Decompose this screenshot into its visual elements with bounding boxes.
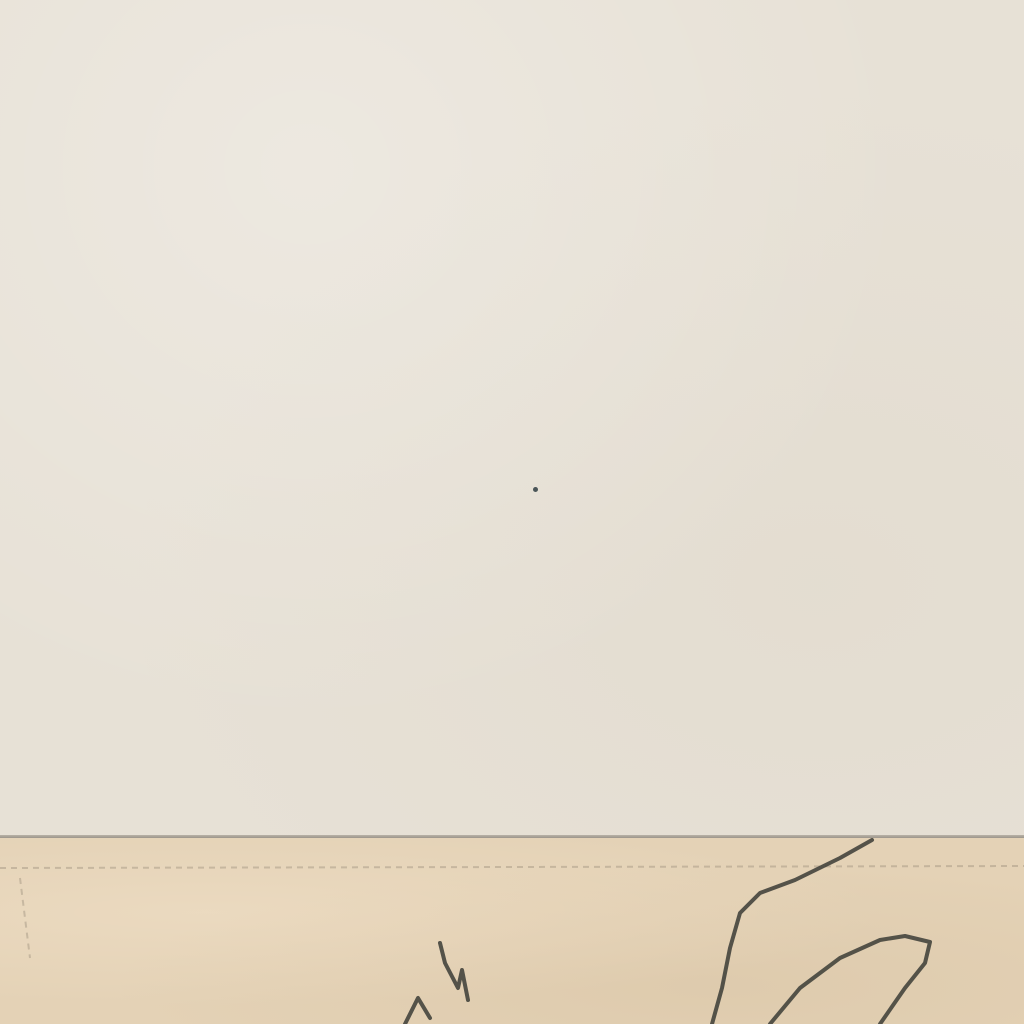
paper-speck	[533, 487, 538, 492]
paper-mount	[0, 0, 1024, 836]
pencil-sketch	[0, 838, 1024, 1024]
